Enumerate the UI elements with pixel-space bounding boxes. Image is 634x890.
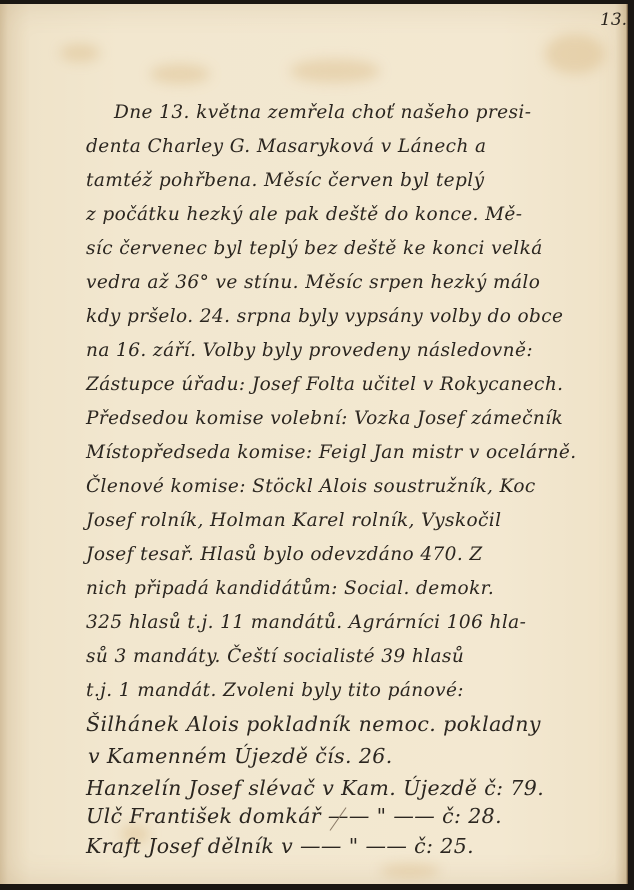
- paper-stain: [545, 34, 605, 74]
- text-line: vedra až 36° ve stínu. Měsíc srpen hezký…: [86, 272, 540, 293]
- text-line: Místopředseda komise: Feigl Jan mistr v …: [86, 442, 577, 463]
- paper-stain: [60, 44, 100, 62]
- text-line: Hanzelín Josef slévač v Kam. Újezdě č: 7…: [86, 776, 544, 800]
- text-line: v Kamenném Újezdě čís. 26.: [88, 744, 393, 768]
- text-line: denta Charley G. Masaryková v Lánech a: [86, 136, 486, 157]
- paper-stain: [380, 864, 440, 878]
- paper-stain: [290, 59, 380, 83]
- text-line: Předsedou komise volební: Vozka Josef zá…: [86, 408, 563, 429]
- handwritten-page: 13. Dne 13. května zemřela choť našeho p…: [0, 4, 628, 884]
- text-line: sů 3 mandáty. Čeští socialisté 39 hlasů: [86, 646, 464, 667]
- page-number: 13.: [600, 10, 627, 30]
- text-line: Josef tesař. Hlasů bylo odevzdáno 470. Z: [86, 544, 483, 565]
- text-line: síc červenec byl teplý bez deště ke konc…: [86, 238, 543, 259]
- text-line: Josef rolník, Holman Karel rolník, Vysko…: [86, 510, 501, 531]
- text-line: nich připadá kandidátům: Social. demokr.: [86, 578, 494, 599]
- text-line: Kraft Josef dělník v —— " —— č: 25.: [86, 834, 474, 858]
- paper-stain: [150, 64, 210, 84]
- text-line: kdy pršelo. 24. srpna byly vypsány volby…: [86, 306, 563, 327]
- text-line: tamtéž pohřbena. Měsíc červen byl teplý: [86, 170, 484, 191]
- text-line: t.j. 1 mandát. Zvoleni byly tito pánové:: [86, 680, 464, 701]
- text-line: Dne 13. května zemřela choť našeho presi…: [114, 102, 531, 123]
- text-line: Ulč František domkář —— " —— č: 28.: [86, 804, 502, 828]
- text-line: na 16. září. Volby byly provedeny násled…: [86, 340, 533, 361]
- text-line: Šilhánek Alois pokladník nemoc. pokladny: [86, 712, 541, 736]
- text-line: Zástupce úřadu: Josef Folta učitel v Rok…: [86, 374, 563, 395]
- text-line: z počátku hezký ale pak deště do konce. …: [86, 204, 522, 225]
- text-line: Členové komise: Stöckl Alois soustružník…: [86, 476, 536, 497]
- text-line: 325 hlasů t.j. 11 mandátů. Agrárníci 106…: [86, 612, 526, 633]
